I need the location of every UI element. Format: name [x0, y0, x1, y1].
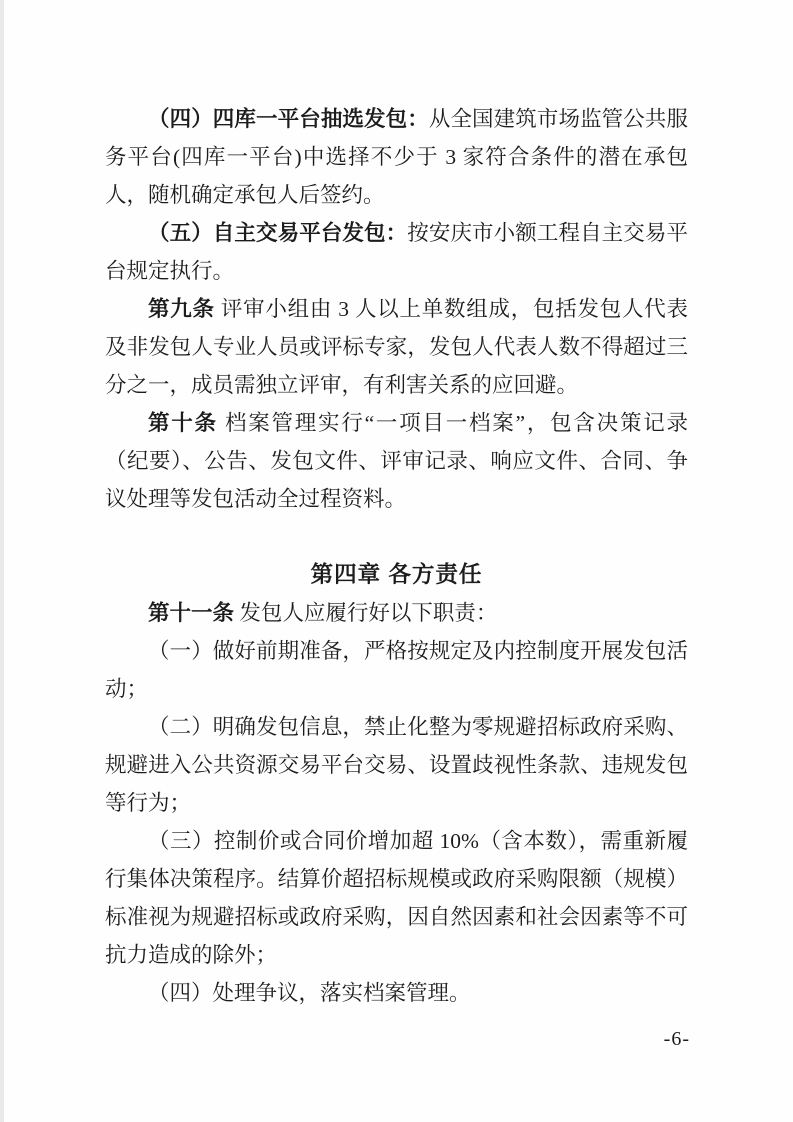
text-run: （二）明确发包信息，禁止化整为零规避招标政府采购、规避进入公共资源交易平台交易、… — [105, 715, 688, 815]
text-run: （三）控制价或合同价增加超 10%（含本数），需重新履行集体决策程序。结算价超招… — [105, 829, 688, 967]
paragraph: （五）自主交易平台发包：按安庆市小额工程自主交易平台规定执行。 — [105, 214, 688, 290]
paragraph: （四）四库一平台抽选发包：从全国建筑市场监管公共服务平台(四库一平台)中选择不少… — [105, 100, 688, 214]
paragraph: 第十条 档案管理实行“一项目一档案”，包含决策记录（纪要）、公告、发包文件、评审… — [105, 404, 688, 518]
bold-text-run: 第四章 各方责任 — [311, 562, 483, 587]
document-body: （四）四库一平台抽选发包：从全国建筑市场监管公共服务平台(四库一平台)中选择不少… — [105, 100, 688, 1012]
scan-edge — [0, 0, 4, 1122]
bold-text-run: 第十条 — [148, 411, 218, 435]
paragraph: （四）处理争议，落实档案管理。 — [105, 974, 688, 1012]
bold-text-run: （五）自主交易平台发包： — [148, 221, 407, 245]
paragraph: （一）做好前期准备，严格按规定及内控制度开展发包活动； — [105, 632, 688, 708]
text-run: （一）做好前期准备，严格按规定及内控制度开展发包活动； — [105, 639, 688, 701]
document-page: （四）四库一平台抽选发包：从全国建筑市场监管公共服务平台(四库一平台)中选择不少… — [0, 0, 793, 1122]
page-number: -6- — [664, 1026, 690, 1052]
paragraph: 第十一条 发包人应履行好以下职责： — [105, 594, 688, 632]
paragraph: 第九条 评审小组由 3 人以上单数组成，包括发包人代表及非发包人专业人员或评标专… — [105, 290, 688, 404]
paragraph: （二）明确发包信息，禁止化整为零规避招标政府采购、规避进入公共资源交易平台交易、… — [105, 708, 688, 822]
paragraph: （三）控制价或合同价增加超 10%（含本数），需重新履行集体决策程序。结算价超招… — [105, 822, 688, 974]
text-run: （四）处理争议，落实档案管理。 — [148, 981, 471, 1005]
bold-text-run: 第九条 — [148, 297, 215, 321]
bold-text-run: （四）四库一平台抽选发包： — [148, 107, 429, 131]
chapter-heading: 第四章 各方责任 — [105, 556, 688, 594]
bold-text-run: 第十一条 — [148, 601, 234, 625]
text-run: 发包人应履行好以下职责： — [234, 601, 497, 625]
